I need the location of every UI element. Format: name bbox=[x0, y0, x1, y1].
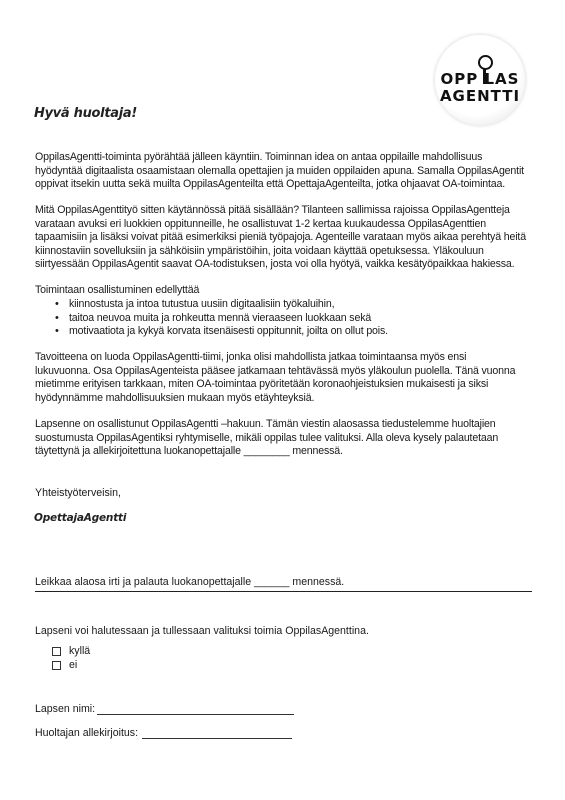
list-item: taitoa neuvoa muita ja rohkeutta mennä v… bbox=[55, 312, 388, 326]
option-yes-label: kyllä bbox=[69, 645, 90, 657]
document-page: OPP LAS AGENTTI Hyvä huoltaja! OppilasAg… bbox=[0, 0, 565, 800]
text-line: tapaamisiin ja lisäksi voivat pitää esim… bbox=[35, 231, 545, 245]
closing-greeting: Yhteistyöterveisin, bbox=[35, 487, 121, 499]
greeting: Hyvä huoltaja! bbox=[34, 106, 137, 121]
oppilasagentti-logo: OPP LAS AGENTTI bbox=[435, 35, 525, 125]
text-line: varataan avuksi eri luokkien oppitunneil… bbox=[35, 218, 545, 232]
text-line: hyödynnämme mahdollisuuksien mukaan myös… bbox=[35, 392, 545, 406]
text-line: kiinnostaviin sovelluksiin ja sähköisiin… bbox=[35, 245, 545, 259]
paragraph-goal: Tavoitteena on luoda OppilasAgentti-tiim… bbox=[35, 351, 545, 405]
text-line: lukuvuonna. Osa OppilasAgenteista pääsee… bbox=[35, 365, 545, 379]
cut-instruction: Leikkaa alaosa irti ja palauta luokanope… bbox=[35, 576, 344, 588]
child-name-field: Lapsen nimi: bbox=[35, 703, 294, 715]
requirements-list: kiinnostusta ja intoa tutustua uusiin di… bbox=[55, 298, 388, 339]
magnifying-glass-icon bbox=[478, 55, 493, 70]
text-line: oppivat itsekin uutta sekä muilta Oppila… bbox=[35, 178, 545, 192]
logo-text-line2: AGENTTI bbox=[435, 87, 525, 105]
text-line: mietimme erityisen tarkkaan, miten OA-to… bbox=[35, 378, 545, 392]
requirements-intro: Toimintaan osallistuminen edellyttää bbox=[35, 284, 545, 298]
list-item: kiinnostusta ja intoa tutustua uusiin di… bbox=[55, 298, 388, 312]
guardian-signature-label: Huoltajan allekirjoitus: bbox=[35, 727, 138, 739]
consent-question: Lapseni voi halutessaan ja tullessaan va… bbox=[35, 625, 369, 637]
text-line: täytettynä ja allekirjoitettuna luokanop… bbox=[35, 445, 545, 459]
text-line: siirtyessään OppilasAgentit saavat OA-to… bbox=[35, 258, 545, 272]
list-item: motivaatiota ja kykyä korvata itsenäises… bbox=[55, 325, 388, 339]
option-yes[interactable]: kyllä bbox=[52, 645, 90, 657]
text-line: Mitä OppilasAgenttityö sitten käytännöss… bbox=[35, 204, 545, 218]
paragraph-consent: Lapsenne on osallistunut OppilasAgentti … bbox=[35, 418, 545, 459]
paragraph-practice: Mitä OppilasAgenttityö sitten käytännöss… bbox=[35, 204, 545, 272]
child-name-input[interactable] bbox=[97, 703, 294, 715]
text-line: Tavoitteena on luoda OppilasAgentti-tiim… bbox=[35, 351, 545, 365]
option-no[interactable]: ei bbox=[52, 659, 77, 671]
text-line: OppilasAgentti-toiminta pyörähtää jällee… bbox=[35, 151, 545, 165]
signature: OpettajaAgentti bbox=[34, 512, 126, 524]
text-line: hyödyntää digitaalista osaamistaan olema… bbox=[35, 165, 545, 179]
guardian-signature-input[interactable] bbox=[142, 727, 292, 739]
logo-text-line1: OPP LAS bbox=[435, 70, 525, 88]
text-line: suostumusta OppilasAgentiksi ryhtymisell… bbox=[35, 432, 545, 446]
guardian-signature-field: Huoltajan allekirjoitus: bbox=[35, 727, 292, 739]
cut-divider bbox=[35, 591, 532, 592]
paragraph-intro: OppilasAgentti-toiminta pyörähtää jällee… bbox=[35, 151, 545, 192]
checkbox-yes[interactable] bbox=[52, 647, 61, 656]
checkbox-no[interactable] bbox=[52, 661, 61, 670]
text-line: Lapsenne on osallistunut OppilasAgentti … bbox=[35, 418, 545, 432]
option-no-label: ei bbox=[69, 659, 77, 671]
child-name-label: Lapsen nimi: bbox=[35, 703, 95, 715]
